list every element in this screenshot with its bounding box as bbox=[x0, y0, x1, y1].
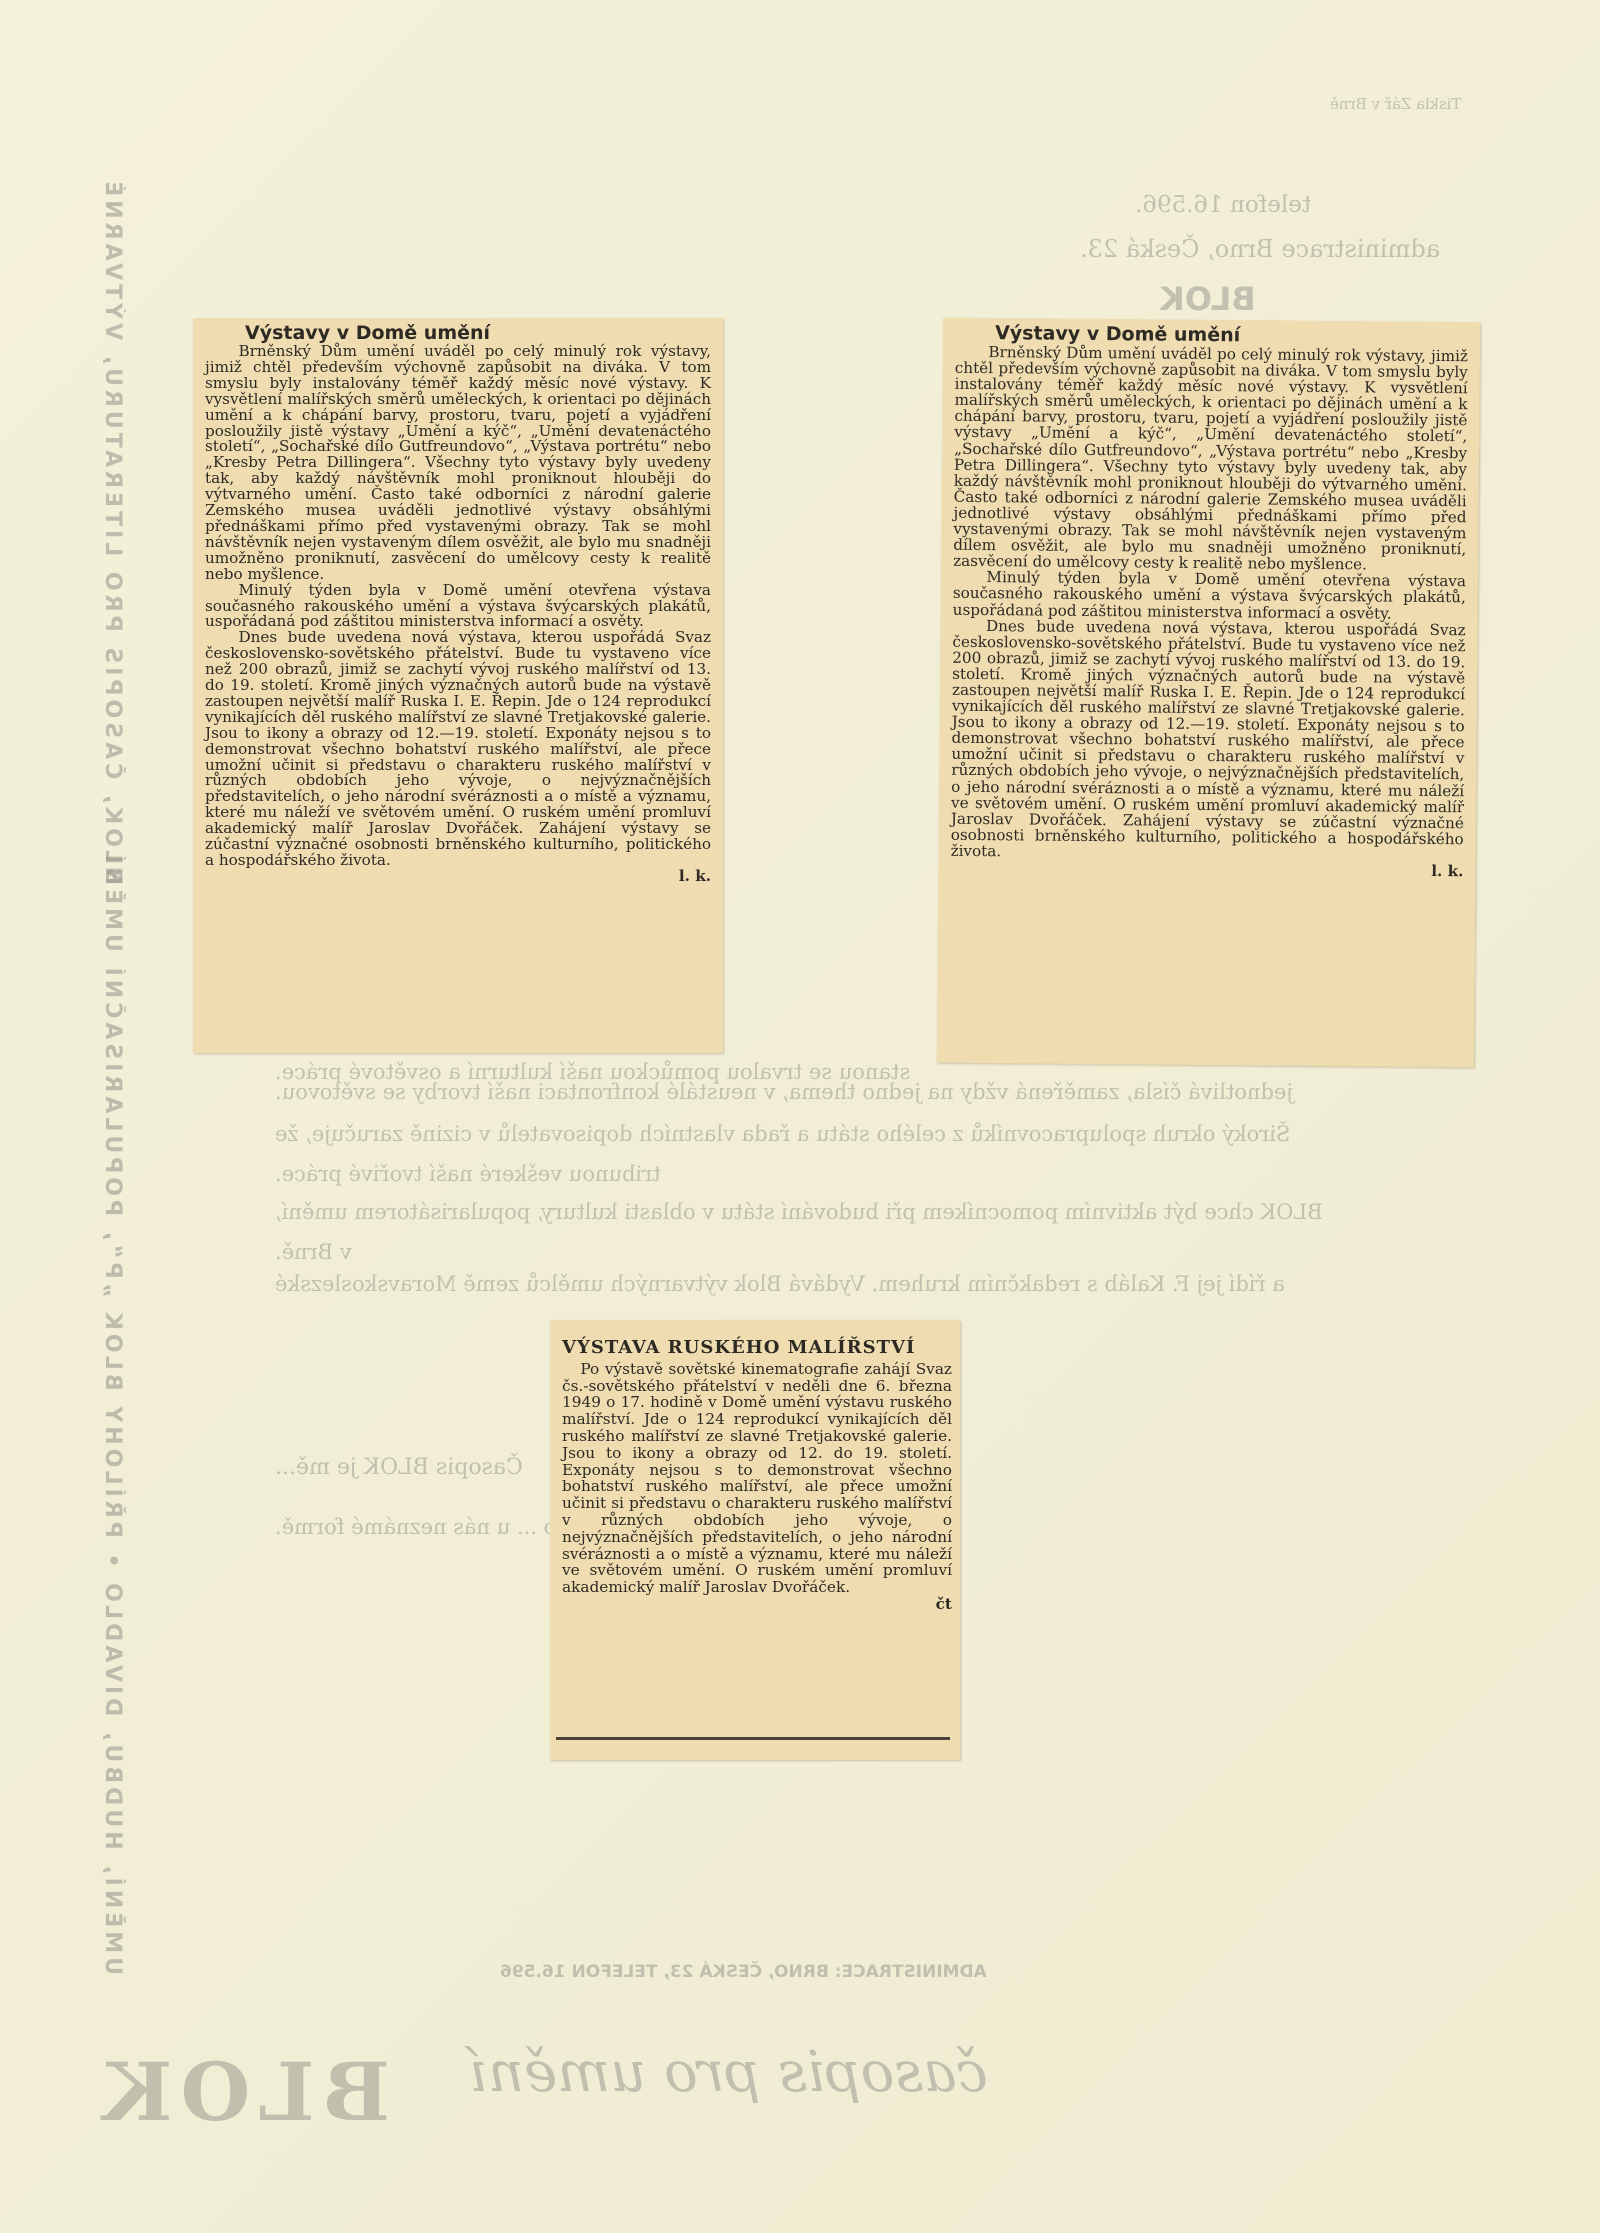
newspaper-clipping-3: VÝSTAVA RUSKÉHO MALÍŘSTVÍ Po výstavě sov… bbox=[550, 1320, 960, 1760]
clipping-title: VÝSTAVA RUSKÉHO MALÍŘSTVÍ bbox=[562, 1340, 952, 1357]
clipping-paragraph: Minulý týden byla v Domě umění otevřena … bbox=[953, 569, 1466, 622]
clipping-paragraph: Dnes bude uvedena nová výstava, kterou u… bbox=[951, 617, 1466, 863]
clipping-paragraph: Po výstavě sovětské kinematografie zaháj… bbox=[562, 1361, 952, 1596]
footer-script: časopis pro umění bbox=[470, 2040, 988, 2105]
clipping-paragraph: Minulý týden byla v Domě umění otevřena … bbox=[205, 583, 711, 631]
clipping-paragraph: Brněnský Dům umění uváděl po celý minulý… bbox=[953, 344, 1468, 574]
clipping-signature: čt bbox=[562, 1596, 952, 1613]
clipping-paragraph: Brněnský Dům umění uváděl po celý minulý… bbox=[205, 344, 711, 583]
newspaper-clipping-1: Výstavy v Domě umění Brněnský Dům umění … bbox=[193, 318, 723, 1053]
clipping-paragraph: Dnes bude uvedena nová výstava, kterou u… bbox=[205, 630, 711, 869]
letterhead-address: administrace Brno, Česká 23. bbox=[1080, 235, 1440, 263]
letterhead-phone: telefon 16.596. bbox=[1135, 192, 1311, 218]
vertical-masthead-bottom: UMĚNÍ, HUDBU, DIVADLO • PŘÍLOHY BLOK „P“… bbox=[100, 885, 125, 1975]
document-page: Tiskla Zář v Brně telefon 16.596. admini… bbox=[0, 0, 1600, 2233]
divider-rule bbox=[556, 1737, 950, 1740]
ghost-line: a řídí jej F. Kaláb s redakčním kruhem. … bbox=[275, 1272, 1285, 1296]
ghost-line: v Brně. bbox=[275, 1240, 352, 1264]
clipping-signature: l. k. bbox=[950, 859, 1463, 880]
ghost-line: jednotlivá čísla, zaměřená vždy na jedno… bbox=[275, 1080, 1293, 1104]
footer-admin: ADMINISTRACE: BRNO, ČESKÁ 23, TELEFON 16… bbox=[500, 1962, 987, 1982]
ghost-mid-line: Časopis BLOK je mě... bbox=[275, 1455, 523, 1480]
ghost-line: Široký okruh spolupracovníků z celého st… bbox=[275, 1122, 1290, 1146]
ghost-line: tribunou veškeré naší tvořivé práce. bbox=[275, 1162, 661, 1186]
vertical-masthead-top: BLOK, ČASOPIS PRO LITERATURU, VÝTVARNÉ bbox=[100, 195, 125, 885]
ghost-line: BLOK chce být aktivním pomocníkem při bu… bbox=[275, 1200, 1323, 1224]
clipping-signature: l. k. bbox=[205, 869, 711, 885]
clipping-title: Výstavy v Domě umění bbox=[205, 322, 711, 344]
letterhead-brand: BLOK bbox=[1160, 280, 1256, 318]
footer-brand: BLOK bbox=[95, 2045, 390, 2139]
printer-note: Tiskla Zář v Brně bbox=[1330, 95, 1461, 113]
newspaper-clipping-2: Výstavy v Domě umění Brněnský Dům umění … bbox=[937, 318, 1480, 1068]
